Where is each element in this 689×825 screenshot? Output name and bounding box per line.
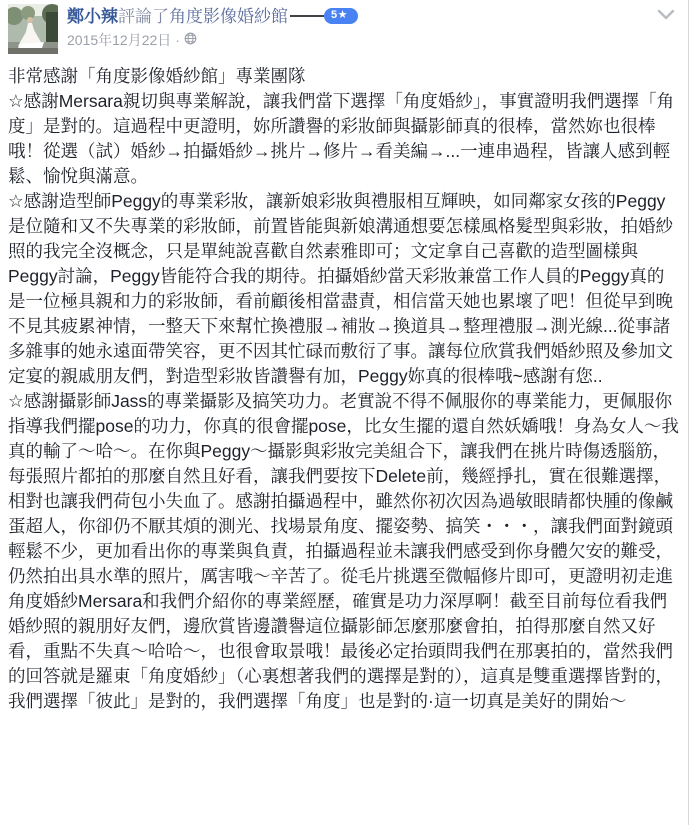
author-name[interactable]: 鄭小辣 bbox=[67, 7, 118, 26]
post-date[interactable]: 2015年12月22日 bbox=[67, 31, 171, 49]
paragraph-intro: 非常感謝「角度影像婚紗館」專業團隊 bbox=[8, 64, 680, 89]
globe-icon bbox=[184, 31, 197, 49]
story-action: 評論了 bbox=[118, 7, 169, 26]
header-text: 鄭小辣評論了角度影像婚紗館5★ 2015年12月22日 · bbox=[67, 6, 648, 49]
paragraph-peggy: ☆感謝造型師Peggy的專業彩妝，讓新娘彩妝與禮服相互輝映，如同鄰家女孩的Peg… bbox=[8, 189, 680, 389]
story-line: 鄭小辣評論了角度影像婚紗館5★ bbox=[67, 6, 648, 28]
chevron-down-icon[interactable] bbox=[656, 8, 676, 22]
post-body: 非常感謝「角度影像婚紗館」專業團隊 ☆感謝Mersara親切與專業解說，讓我們當… bbox=[0, 58, 688, 714]
bride-photo-icon bbox=[8, 4, 58, 54]
facebook-review-post: 鄭小辣評論了角度影像婚紗館5★ 2015年12月22日 · bbox=[0, 0, 689, 825]
post-header: 鄭小辣評論了角度影像婚紗館5★ 2015年12月22日 · bbox=[0, 0, 688, 58]
rating-dash bbox=[290, 15, 324, 17]
rating-badge: 5★ bbox=[324, 8, 358, 24]
dot-separator: · bbox=[175, 31, 180, 49]
avatar[interactable] bbox=[8, 4, 58, 54]
paragraph-jass: ☆感謝攝影師Jass的專業攝影及搞笑功力。老實說不得不佩服你的專業能力，更佩服你… bbox=[8, 389, 680, 714]
paragraph-mersara: ☆感謝Mersara親切與專業解說，讓我們當下選擇「角度婚紗」，事實證明我們選擇… bbox=[8, 89, 680, 189]
post-meta: 2015年12月22日 · bbox=[67, 31, 648, 49]
page-link[interactable]: 角度影像婚紗館 bbox=[169, 7, 288, 26]
